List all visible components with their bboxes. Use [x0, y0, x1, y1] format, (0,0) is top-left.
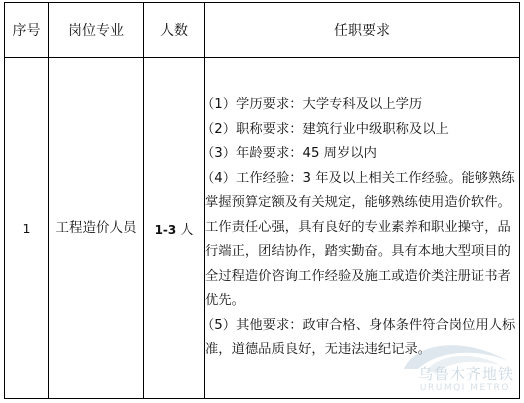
- cell-seq: 1: [5, 58, 49, 399]
- job-requirements-table: 序号 岗位专业 人数 任职要求 1 工程造价人员 1-3 人 （1）学历要求：大…: [4, 2, 520, 399]
- requirement-other: （5）其他要求：政审合格、身体条件符合岗位用人标准，道德品质良好，无违法违纪记录…: [205, 314, 519, 363]
- header-seq: 序号: [5, 3, 49, 58]
- requirement-education: （1）学历要求：大学专科及以上学历: [205, 93, 519, 118]
- header-position: 岗位专业: [49, 3, 144, 58]
- requirement-experience: （4）工作经验：3 年及以上相关工作经验。能够熟练掌握预算定额及有关规定，能够熟…: [205, 167, 519, 314]
- header-requirements: 任职要求: [205, 3, 520, 58]
- count-value: 1-3: [155, 223, 177, 237]
- count-unit: 人: [176, 223, 193, 238]
- header-count: 人数: [144, 3, 205, 58]
- requirement-age: （3）年龄要求：45 周岁以内: [205, 142, 519, 167]
- requirement-title: （2）职称要求：建筑行业中级职称及以上: [205, 118, 519, 143]
- cell-requirements: （1）学历要求：大学专科及以上学历 （2）职称要求：建筑行业中级职称及以上 （3…: [205, 58, 520, 399]
- cell-position: 工程造价人员: [49, 58, 144, 399]
- table-row: 1 工程造价人员 1-3 人 （1）学历要求：大学专科及以上学历 （2）职称要求…: [5, 58, 520, 399]
- cell-count: 1-3 人: [144, 58, 205, 399]
- header-row: 序号 岗位专业 人数 任职要求: [5, 3, 520, 58]
